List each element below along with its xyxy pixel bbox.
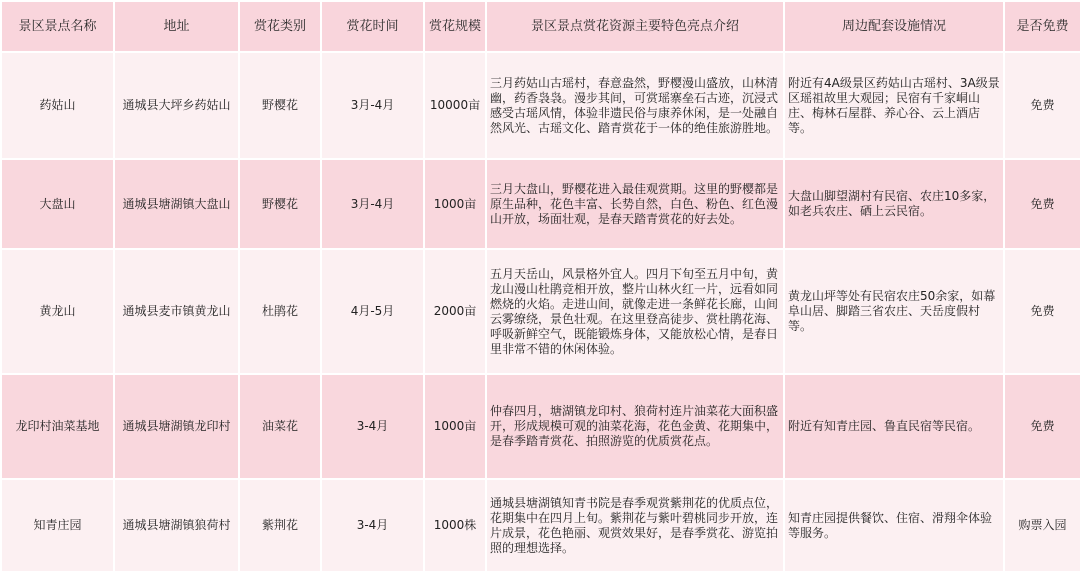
- cell-flower: 野樱花: [239, 52, 321, 159]
- cell-time: 4月-5月: [321, 249, 424, 374]
- cell-free: 免费: [1004, 52, 1080, 159]
- header-facilities: 周边配套设施情况: [784, 1, 1004, 52]
- header-viewing-time: 赏花时间: [321, 1, 424, 52]
- cell-flower: 紫荆花: [239, 479, 321, 572]
- header-highlights: 景区景点赏花资源主要特色亮点介绍: [486, 1, 784, 52]
- table-row: 药姑山 通城县大坪乡药姑山 野樱花 3月-4月 10000亩 三月药姑山古瑶村，…: [1, 52, 1080, 159]
- cell-highlight: 五月天岳山，风景格外宜人。四月下旬至五月中旬，黄龙山漫山杜鹃竞相开放，整片山林火…: [486, 249, 784, 374]
- cell-flower: 野樱花: [239, 159, 321, 249]
- cell-name: 知青庄园: [1, 479, 114, 572]
- table-row: 龙印村油菜基地 通城县塘湖镇龙印村 油菜花 3-4月 1000亩 仲春四月，塘湖…: [1, 374, 1080, 479]
- cell-time: 3-4月: [321, 479, 424, 572]
- cell-name: 黄龙山: [1, 249, 114, 374]
- cell-free: 免费: [1004, 374, 1080, 479]
- cell-address: 通城县塘湖镇狼荷村: [114, 479, 239, 572]
- header-name: 景区景点名称: [1, 1, 114, 52]
- cell-flower: 杜鹃花: [239, 249, 321, 374]
- cell-time: 3-4月: [321, 374, 424, 479]
- cell-free: 免费: [1004, 249, 1080, 374]
- cell-scale: 1000株: [424, 479, 486, 572]
- cell-time: 3月-4月: [321, 52, 424, 159]
- table-row: 知青庄园 通城县塘湖镇狼荷村 紫荆花 3-4月 1000株 通城县塘湖镇知青书院…: [1, 479, 1080, 572]
- table-row: 大盘山 通城县塘湖镇大盘山 野樱花 3月-4月 1000亩 三月大盘山，野樱花进…: [1, 159, 1080, 249]
- table-row: 黄龙山 通城县麦市镇黄龙山 杜鹃花 4月-5月 2000亩 五月天岳山，风景格外…: [1, 249, 1080, 374]
- header-free: 是否免费: [1004, 1, 1080, 52]
- header-scale: 赏花规模: [424, 1, 486, 52]
- cell-free: 免费: [1004, 159, 1080, 249]
- cell-facilities: 黄龙山坪等处有民宿农庄50余家，如幕阜山居、脚踏三省农庄、天岳度假村等。: [784, 249, 1004, 374]
- cell-free: 购票入园: [1004, 479, 1080, 572]
- cell-scale: 1000亩: [424, 159, 486, 249]
- cell-highlight: 通城县塘湖镇知青书院是春季观赏紫荆花的优质点位，花期集中在四月上旬。紫荆花与紫叶…: [486, 479, 784, 572]
- cell-name: 龙印村油菜基地: [1, 374, 114, 479]
- header-address: 地址: [114, 1, 239, 52]
- cell-name: 大盘山: [1, 159, 114, 249]
- header-flower-type: 赏花类别: [239, 1, 321, 52]
- table-header-row: 景区景点名称 地址 赏花类别 赏花时间 赏花规模 景区景点赏花资源主要特色亮点介…: [1, 1, 1080, 52]
- cell-address: 通城县麦市镇黄龙山: [114, 249, 239, 374]
- cell-flower: 油菜花: [239, 374, 321, 479]
- cell-facilities: 附近有4A级景区药姑山古瑶村、3A级景区瑶祖故里大观园；民宿有千家峒山庄、梅林石…: [784, 52, 1004, 159]
- cell-scale: 2000亩: [424, 249, 486, 374]
- cell-highlight: 仲春四月，塘湖镇龙印村、狼荷村连片油菜花大面积盛开，形成规模可观的油菜花海，花色…: [486, 374, 784, 479]
- cell-highlight: 三月药姑山古瑶村，春意盎然，野樱漫山盛放，山林清幽，药香袅袅。漫步其间，可赏瑶寨…: [486, 52, 784, 159]
- cell-address: 通城县塘湖镇龙印村: [114, 374, 239, 479]
- cell-highlight: 三月大盘山，野樱花进入最佳观赏期。这里的野樱都是原生品种，花色丰富、长势自然，白…: [486, 159, 784, 249]
- cell-time: 3月-4月: [321, 159, 424, 249]
- cell-facilities: 大盘山脚望湖村有民宿、农庄10多家，如老兵农庄、硒上云民宿。: [784, 159, 1004, 249]
- cell-scale: 10000亩: [424, 52, 486, 159]
- cell-address: 通城县大坪乡药姑山: [114, 52, 239, 159]
- cell-facilities: 知青庄园提供餐饮、住宿、滑翔伞体验等服务。: [784, 479, 1004, 572]
- cell-address: 通城县塘湖镇大盘山: [114, 159, 239, 249]
- cell-scale: 1000亩: [424, 374, 486, 479]
- cell-name: 药姑山: [1, 52, 114, 159]
- flower-viewing-table: 景区景点名称 地址 赏花类别 赏花时间 赏花规模 景区景点赏花资源主要特色亮点介…: [0, 0, 1080, 573]
- cell-facilities: 附近有知青庄园、鲁直民宿等民宿。: [784, 374, 1004, 479]
